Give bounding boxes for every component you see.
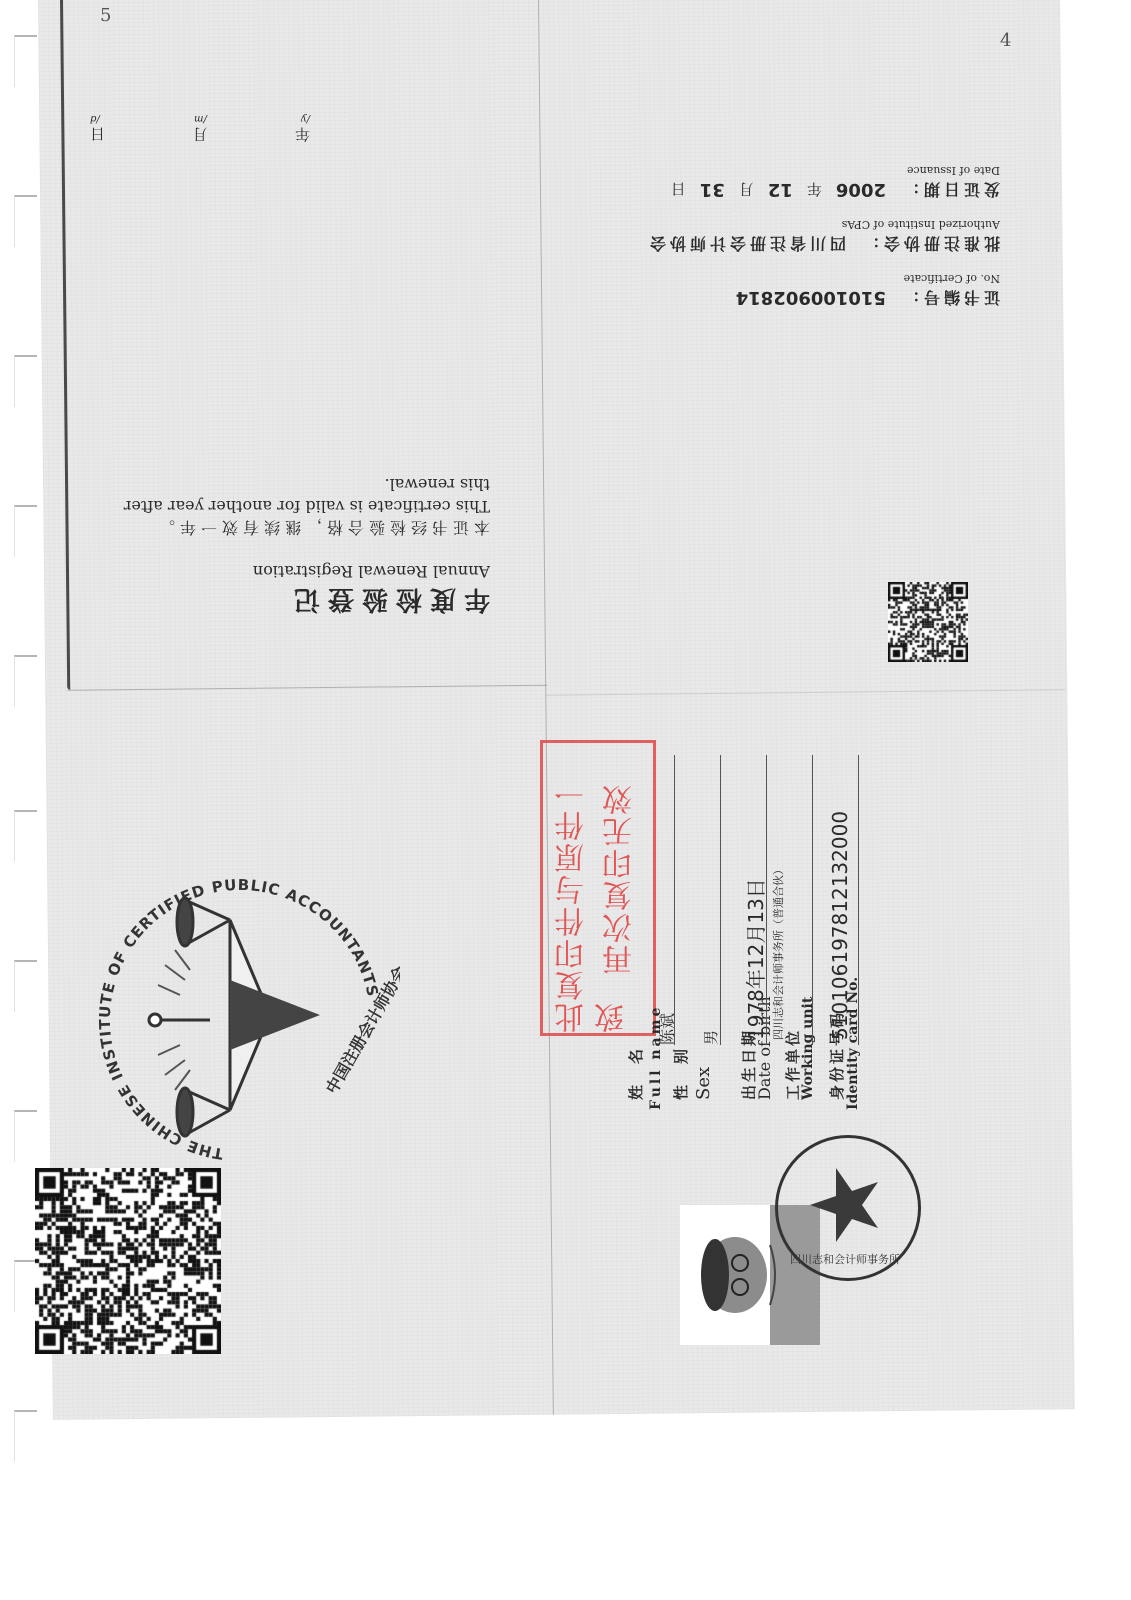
institute-value: 四川省注册会计师协会 [646,233,846,256]
institute-row: 批准注册协会： 四川省注册会计师协会 Authorized Institute … [560,218,1000,256]
renewal-date-fill: 年 月 日 /y /m /d [90,95,310,145]
id-value: 510106197812132000 [828,811,852,1040]
renewal-statement-cn: 本证书经检验合格，继续有效一年。 [60,517,490,540]
fold-line-horizontal [545,689,1065,695]
cicpa-logo: THE CHINESE INSTITUTE OF CERTIFIED PUBLI… [80,860,400,1180]
month-label: 月 [193,124,208,145]
issue-year: 2006 [836,179,886,200]
issue-month: 12 [768,179,793,200]
renewal-subtitle: Annual Renewal Registration [60,562,490,581]
underline [720,755,721,1045]
issue-date-row: 发证日期： 2006 年 12 月 31 日 Date of Issuance [560,164,1000,202]
issue-day: 31 [700,179,725,200]
binder-mark [14,1410,37,1462]
cert-no-label-en: No. of Certificate [560,272,1000,285]
certificate-number-row: 证书编号： 510100902814 No. of Certificate [560,272,1000,310]
issue-date-label-en: Date of Issuance [560,164,1000,177]
underline [674,755,675,1045]
unit-label-en: Working unit [800,997,816,1100]
fold-line-vertical [538,0,554,1415]
year-label: 年 [295,124,310,145]
name-label: 姓 名 [625,1046,646,1100]
sex-label: 性 别 [670,1046,691,1100]
institute-label-en: Authorized Institute of CPAs [560,218,1000,231]
annual-renewal-section: 年度检验登记 Annual Renewal Registration 本证书经检… [60,440,490,620]
page-mark: 5 [100,5,111,26]
cert-no-label: 证书编号： [900,287,1000,310]
institute-label: 批准注册协会： [860,233,1000,256]
binder-mark [14,655,37,707]
year-label-en: /y [301,113,310,124]
issuance-section: 证书编号： 510100902814 No. of Certificate 批准… [560,120,1000,310]
binder-mark [14,1260,37,1312]
binder-mark [14,35,37,87]
cert-no-value: 510100902814 [736,287,886,308]
qr-code-small [888,582,968,662]
renewal-statement-en: This certificate is valid for another ye… [60,495,490,517]
binder-mark [14,810,37,862]
page-mark: 4 [1000,30,1011,51]
underline [858,755,859,1045]
fold-line-horizontal [67,685,547,691]
dob-value: 1978年12月13日 [740,878,769,1040]
day-label: 日 [90,124,105,145]
underline [812,755,813,1045]
official-seal: 四川志和会计师事务所 [775,1135,921,1281]
binder-mark [14,355,37,407]
renewal-title: 年度检验登记 [60,583,490,620]
qr-code-large [35,1168,221,1354]
binder-mark [14,505,37,557]
stamp-line-2: 再次复印无效 [601,783,641,975]
underline [766,755,767,1045]
month-label-en: /m [194,113,207,124]
year-unit: 年 [807,179,822,200]
day-label-en: /d [90,113,100,124]
renewal-statement-en-2: this renewal. [60,473,490,495]
sex-value: 男 [700,1030,721,1045]
sex-label-en: Sex [693,1067,714,1100]
day-unit: 日 [671,179,686,200]
issue-date-label: 发证日期： [900,179,1000,202]
binder-mark [14,1110,37,1162]
copy-verification-stamp: 此复印件与原件一致 再次复印无效 [540,740,656,1036]
binder-mark [14,960,37,1012]
unit-value: 四川志和会计师事务所（普通合伙） [770,864,786,1040]
binder-mark [14,195,37,247]
month-unit: 月 [739,179,754,200]
svg-text:四川志和会计师事务所: 四川志和会计师事务所 [790,1252,900,1266]
